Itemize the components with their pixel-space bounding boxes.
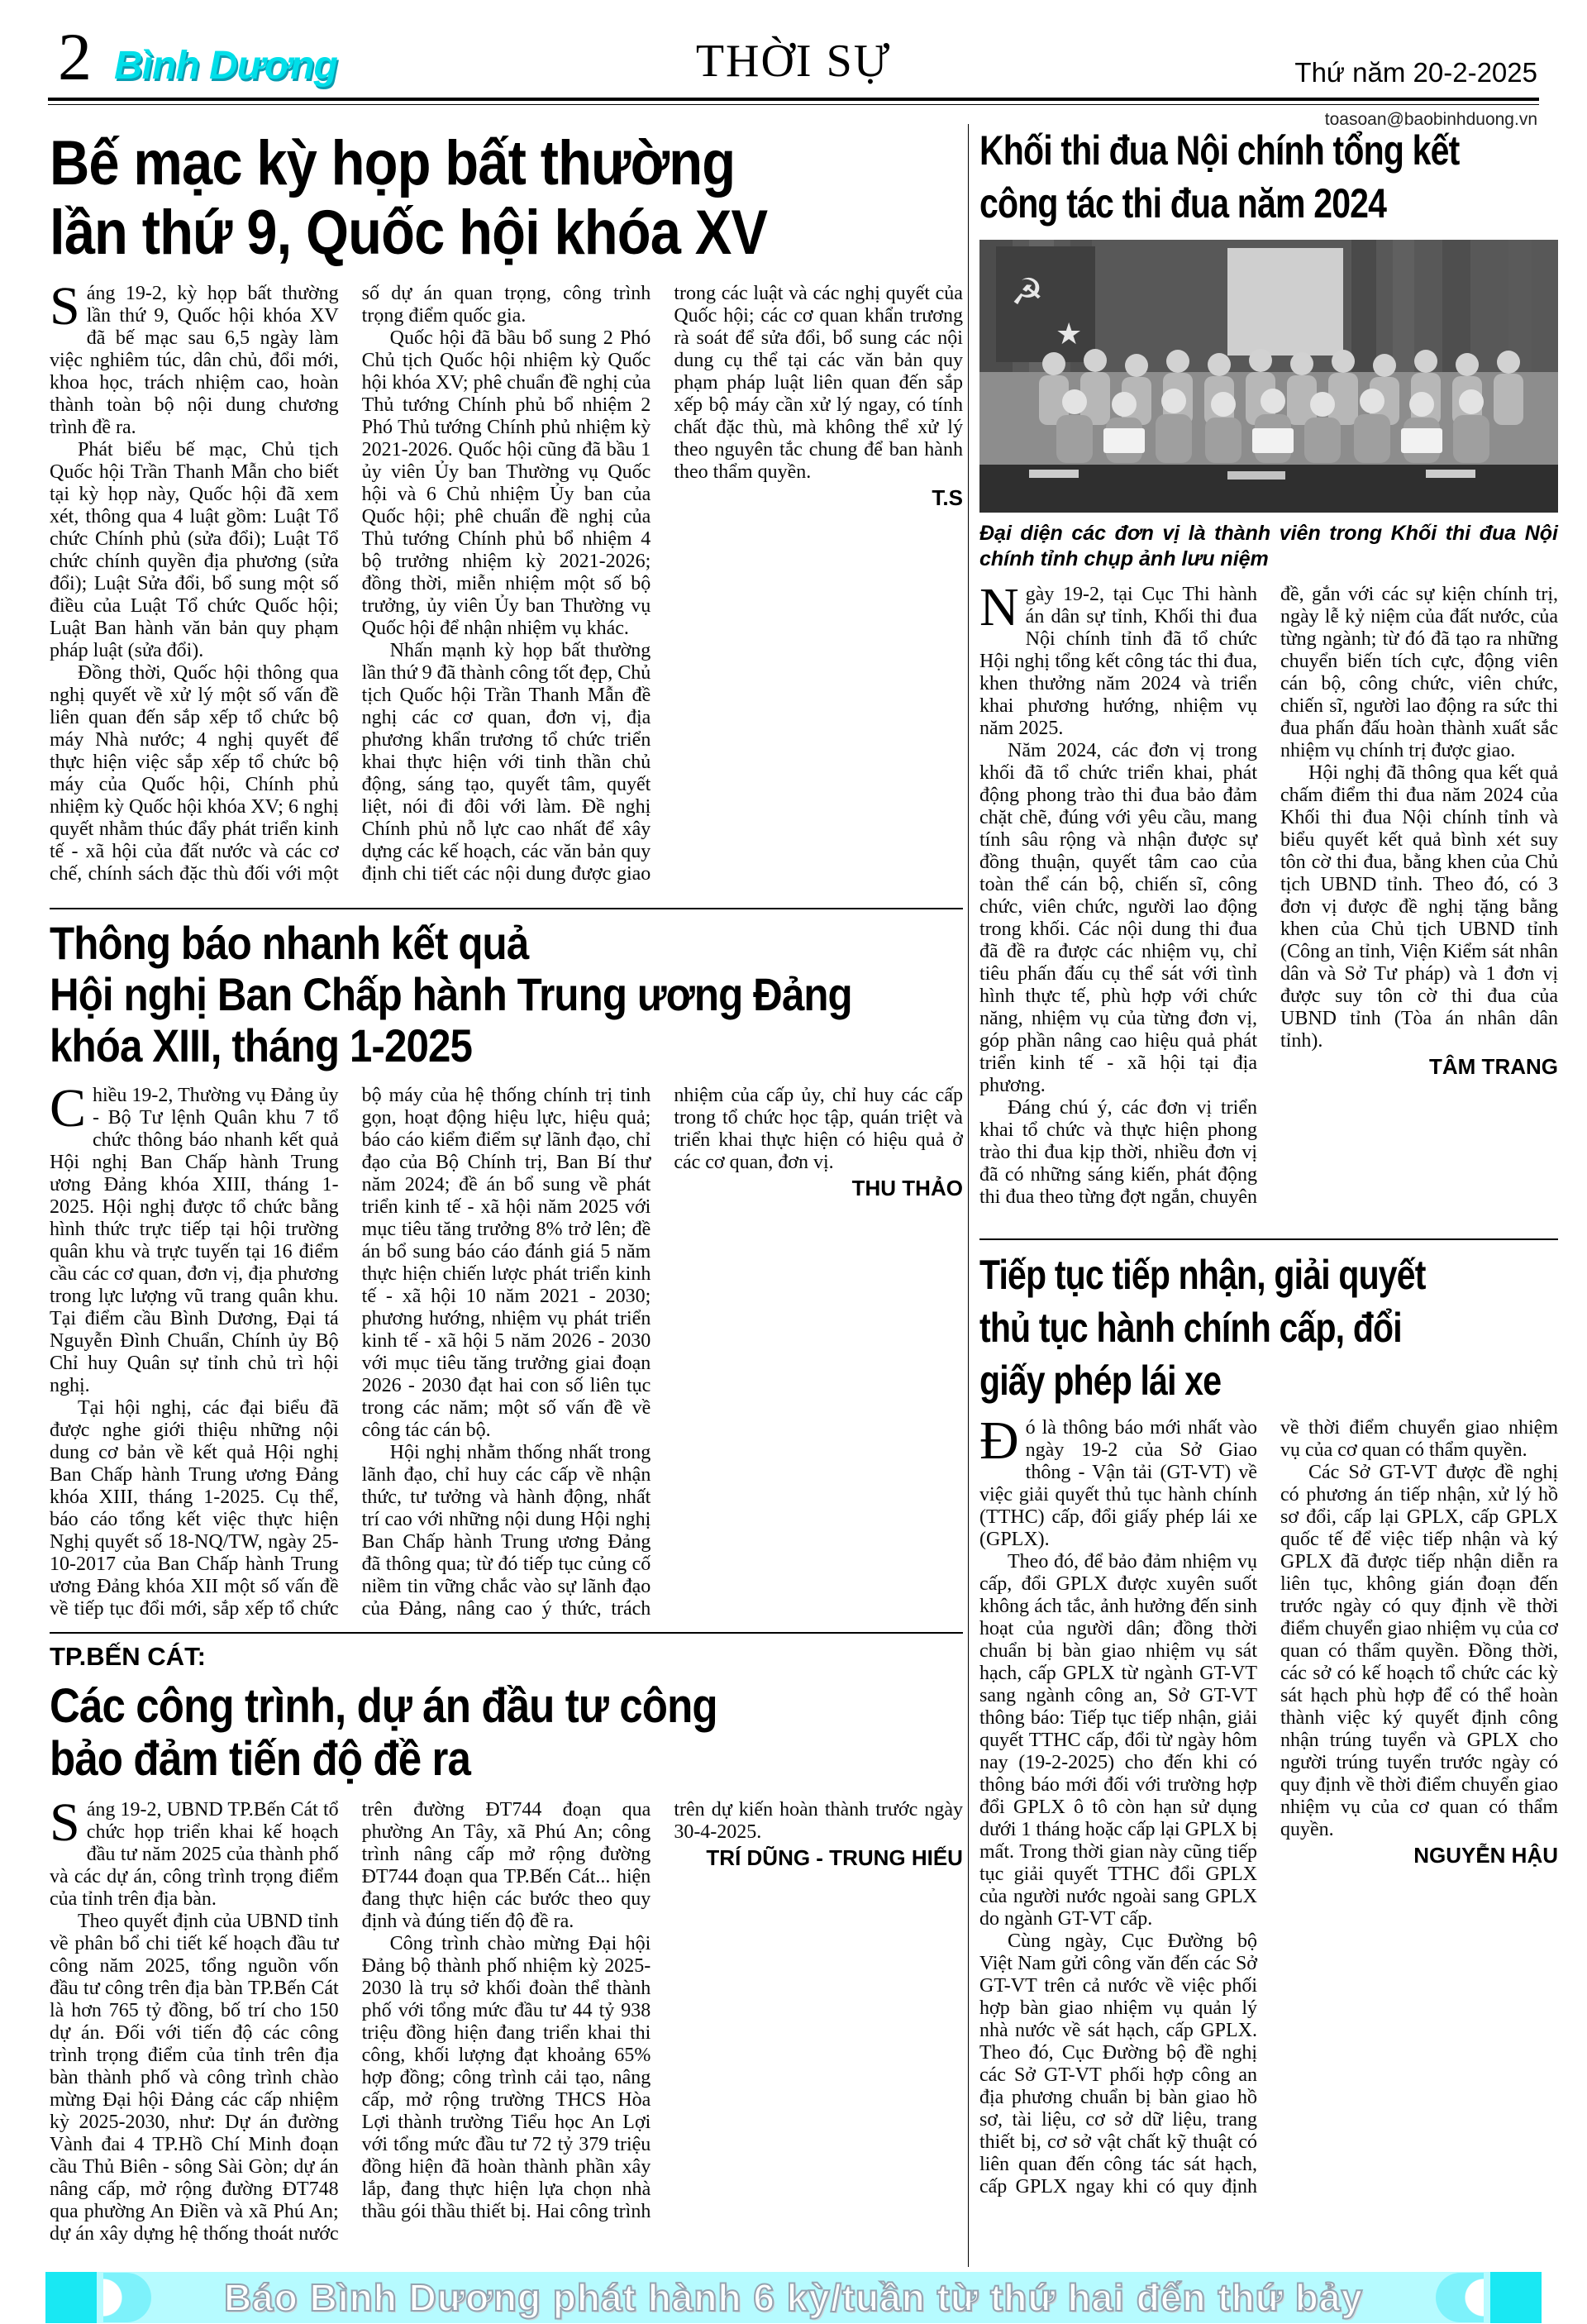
headline-gplx: Tiếp tục tiếp nhận, giải quyết thủ tục h… bbox=[979, 1248, 1558, 1407]
byline: T.S bbox=[674, 485, 963, 510]
headline-bemac: Bế mạc kỳ họp bất thường lần thứ 9, Quốc… bbox=[50, 129, 966, 268]
header-rule-thin bbox=[48, 104, 1539, 105]
drop-cap: S bbox=[50, 1799, 87, 1845]
people-front-row bbox=[1056, 389, 1489, 463]
footer-banner: Báo Bình Dương phát hành 6 kỳ/tuần từ th… bbox=[45, 2272, 1542, 2323]
paragraph: Các Sở GT-VT được đề nghị có phương án t… bbox=[1280, 1462, 1558, 1841]
banner-text: Báo Bình Dương phát hành 6 kỳ/tuần từ th… bbox=[45, 2275, 1542, 2320]
drop-cap: S bbox=[50, 283, 87, 329]
headline-khoithidua: Khối thi đua Nội chính tổng kết công tác… bbox=[979, 124, 1558, 230]
left-section: Bế mạc kỳ họp bất thường lần thứ 9, Quốc… bbox=[50, 124, 963, 2245]
masthead-logo: Bình Dương bbox=[114, 46, 337, 86]
headline-thongbao: Thông báo nhanh kết quả Hội nghị Ban Chấ… bbox=[50, 918, 966, 1071]
paragraph: Sáng 19-2, kỳ họp bất thường lần thứ 9, … bbox=[50, 283, 339, 439]
paragraph: Năm 2024, các đơn vị trong khối đã tổ ch… bbox=[979, 740, 1257, 1097]
banner-decor-right-disc bbox=[1436, 2273, 1484, 2322]
article-body-bencat: Sáng 19-2, UBND TP.Bến Cát tổ chức họp t… bbox=[50, 1799, 963, 2245]
paragraph: Ngày 19-2, tại Cục Thi hành án dân sự tỉ… bbox=[979, 584, 1257, 740]
issue-date: Thứ năm 20-2-2025 bbox=[1294, 58, 1537, 88]
right-section: Khối thi đua Nội chính tổng kết công tác… bbox=[979, 124, 1558, 2198]
section-rule bbox=[50, 908, 963, 909]
header-rule-thick bbox=[48, 98, 1539, 101]
page-number: 2 bbox=[58, 23, 92, 91]
drop-cap: Đ bbox=[979, 1417, 1026, 1463]
photo-caption: Đại diện các đơn vị là thành viên trong … bbox=[979, 521, 1558, 572]
byline: NGUYỄN HẬU bbox=[1280, 1843, 1558, 1868]
newspaper-page: 2 Bình Dương THỜI SỰ Thứ năm 20-2-2025 t… bbox=[0, 0, 1587, 2324]
byline: THU THẢO bbox=[674, 1176, 963, 1200]
article-body-gplx: Đó là thông báo mới nhất vào ngày 19-2 c… bbox=[979, 1417, 1558, 2198]
drop-cap: C bbox=[50, 1085, 93, 1131]
section-rule bbox=[50, 1632, 963, 1634]
paragraph: Theo đó, để bảo đảm nhiệm vụ cấp, đổi GP… bbox=[979, 1551, 1257, 1930]
drop-cap: N bbox=[979, 584, 1026, 630]
byline: TRÍ DŨNG - TRUNG HIẾU bbox=[674, 1845, 963, 1870]
byline: TÂM TRANG bbox=[1280, 1054, 1558, 1079]
star-icon: ★ bbox=[1056, 317, 1082, 351]
conference-photo: ☭ ★ bbox=[979, 240, 1558, 513]
section-rule bbox=[979, 1238, 1558, 1240]
section-title: THỜI SỰ bbox=[696, 36, 891, 86]
hammer-sickle-icon: ☭ bbox=[1011, 272, 1043, 313]
paragraph: Hội nghị đã thông qua kết quả chấm điểm … bbox=[1280, 762, 1558, 1052]
banner-decor-right-square bbox=[1490, 2272, 1542, 2323]
paragraph: Đó là thông báo mới nhất vào ngày 19-2 c… bbox=[979, 1417, 1257, 1551]
kicker: TP.BẾN CÁT: bbox=[50, 1642, 963, 1672]
headline-bencat: Các công trình, dự án đầu tư công bảo đả… bbox=[50, 1680, 966, 1786]
column-divider bbox=[968, 124, 969, 2267]
paragraph: Quốc hội đã bầu bổ sung 2 Phó Chủ tịch Q… bbox=[362, 327, 651, 640]
article-body-khoithidua: Ngày 19-2, tại Cục Thi hành án dân sự tỉ… bbox=[979, 584, 1558, 1227]
paragraph: Chiều 19-2, Thường vụ Đảng ủy - Bộ Tư lệ… bbox=[50, 1085, 339, 1397]
article-body-thongbao: Chiều 19-2, Thường vụ Đảng ủy - Bộ Tư lệ… bbox=[50, 1085, 963, 1620]
paragraph: Phát biểu bế mạc, Chủ tịch Quốc hội Trần… bbox=[50, 439, 339, 662]
paragraph: Sáng 19-2, UBND TP.Bến Cát tổ chức họp t… bbox=[50, 1799, 339, 1911]
article-body-bemac: Sáng 19-2, kỳ họp bất thường lần thứ 9, … bbox=[50, 283, 963, 896]
